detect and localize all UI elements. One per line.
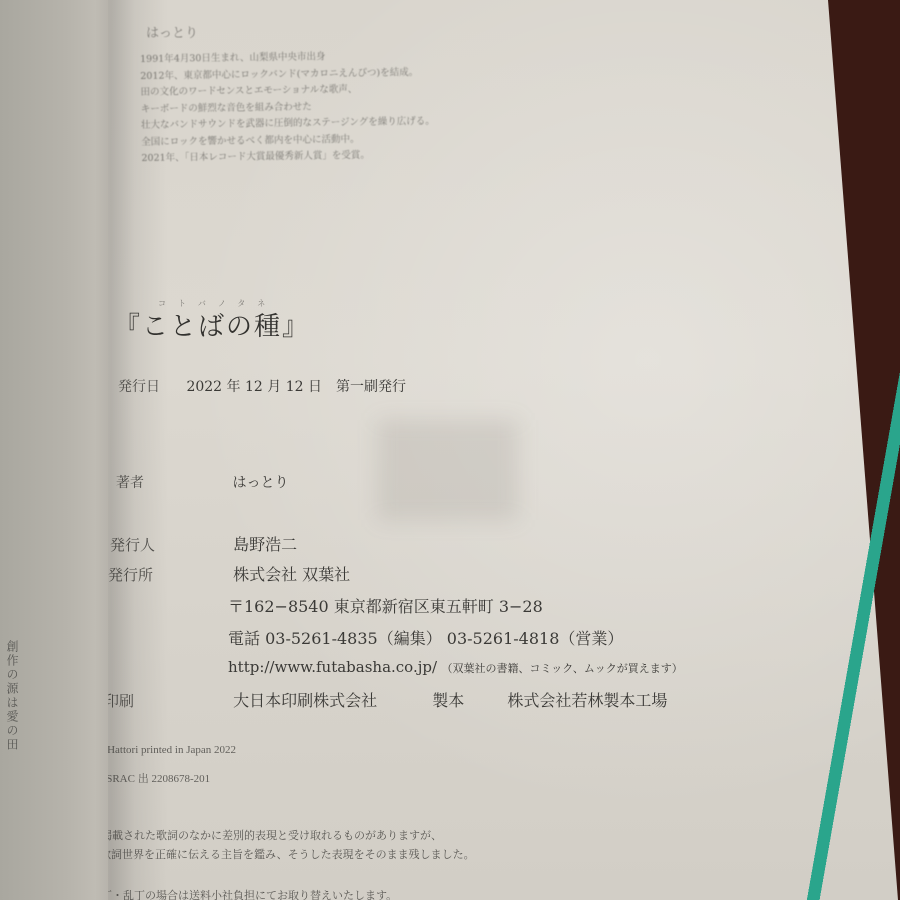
author-value: はっとり xyxy=(232,475,288,491)
publication-date-row: 発行日 2022 年 12 月 12 日 第一刷発行 xyxy=(118,376,406,396)
publisher-url: http://www.futabasha.co.jp/ xyxy=(228,658,437,676)
bio-text: 1991年4月30日生まれ、山梨県中央市出身 2012年、東京都中心にロックバン… xyxy=(140,48,435,168)
printing-row: 印刷 大日本印刷株式会社 製本 株式会社若林製本工場 xyxy=(104,688,667,711)
publisher-value: 株式会社 双葉社 xyxy=(233,565,350,584)
title-ruby: コトバノタネ xyxy=(158,298,277,309)
bio-name: はっとり xyxy=(146,22,198,41)
page-content: はっとり 1991年4月30日生まれ、山梨県中央市出身 2012年、東京都中心に… xyxy=(108,0,900,900)
binding-value: 株式会社若林製本工場 xyxy=(507,691,667,710)
bio-line: 2021年、「日本レコード大賞最優秀新人賞」を受賞。 xyxy=(141,147,435,168)
note-line-1: ＊掲載された歌詞のなかに差別的表現と受け取れるものがありますが、 xyxy=(90,826,442,845)
book-title-block: コトバノタネ 『ことばの種』 xyxy=(114,306,310,343)
binding-label: 製本 xyxy=(432,691,464,710)
stamp-shadow xyxy=(378,420,518,520)
publisher-person-value: 島野浩二 xyxy=(233,535,297,554)
date-value: 2022 年 12 月 12 日 第一刷発行 xyxy=(186,379,406,395)
publisher-row: 発行所 株式会社 双葉社 xyxy=(108,562,350,585)
publisher-person-row: 発行人 島野浩二 xyxy=(110,532,297,555)
page-gutter-shadow xyxy=(95,0,135,900)
url-row: http://www.futabasha.co.jp/ （双葉社の書籍、コミック… xyxy=(228,658,683,676)
note-line-3: 落丁・乱丁の場合は送料小社負担にてお取り替えいたします。 xyxy=(90,886,397,900)
colophon-page: はっとり 1991年4月30日生まれ、山梨県中央市出身 2012年、東京都中心に… xyxy=(108,0,900,900)
left-page-vertical-text: 創作の源は愛の田 xyxy=(4,640,21,752)
phone: 電話 03-5261-4835（編集） 03-5261-4818（営業） xyxy=(228,626,623,649)
address: 〒162−8540 東京都新宿区東五軒町 3−28 xyxy=(228,594,543,617)
book-title: 『ことばの種』 xyxy=(114,306,310,343)
author-row: 著者 はっとり xyxy=(116,472,288,492)
left-page: 創作の源は愛の田 xyxy=(0,0,110,900)
url-note: （双葉社の書籍、コミック、ムックが買えます） xyxy=(441,662,682,675)
printing-value: 大日本印刷株式会社 xyxy=(233,691,377,710)
note-line-2: 歌詞世界を正確に伝える主旨を鑑み、そうした表現をそのまま残しました。 xyxy=(100,845,475,864)
